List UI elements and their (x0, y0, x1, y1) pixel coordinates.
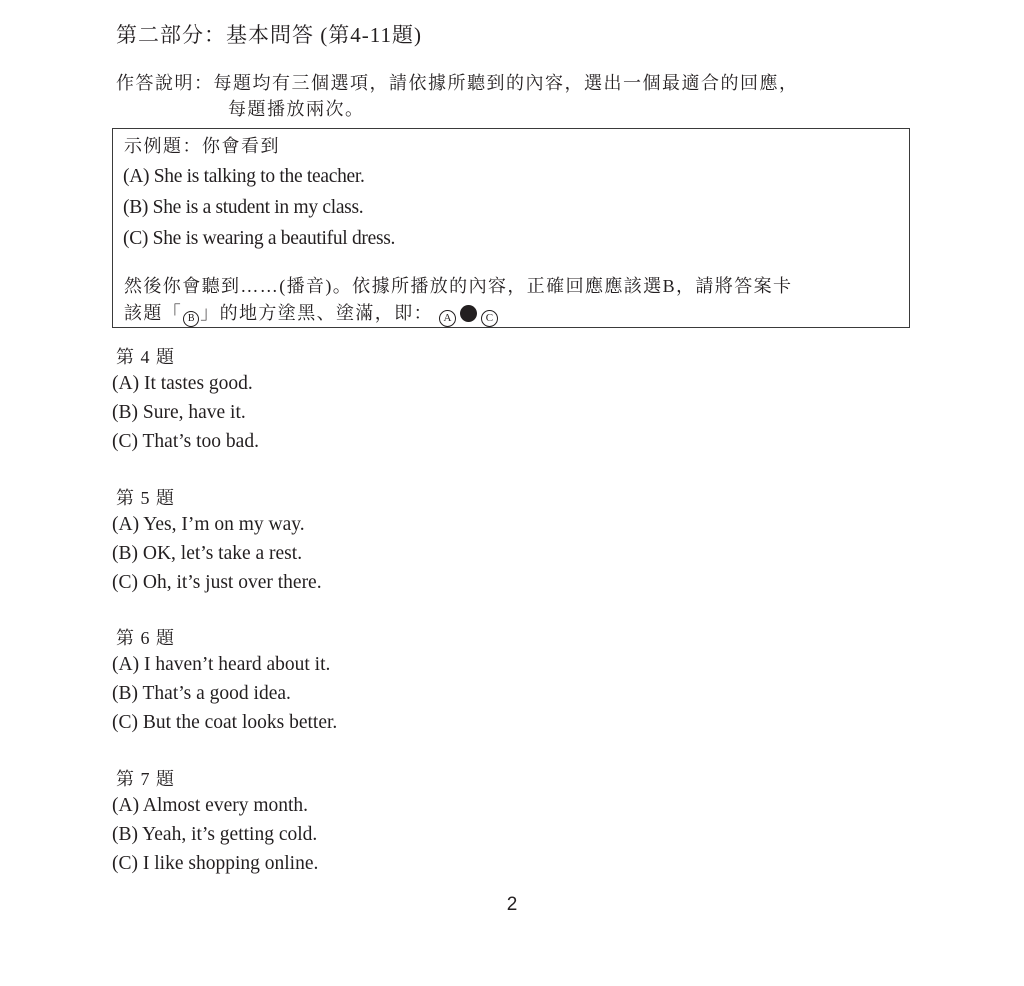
page-number: 2 (0, 893, 1024, 917)
question-option-a: (A) Almost every month. (112, 791, 318, 820)
answer-bubble-a-icon: A (439, 310, 456, 327)
example-option-c: (C) She is wearing a beautiful dress. (123, 227, 395, 251)
example-note-line-2: 該題「B」的地方塗黑、塗滿，即： AC (124, 300, 502, 327)
question-option-a: (A) It tastes good. (112, 369, 259, 398)
question-option-b: (B) Sure, have it. (112, 398, 259, 427)
question-4: 第 4 題 (A) It tastes good. (B) Sure, have… (112, 345, 259, 456)
question-option-a: (A) Yes, I’m on my way. (112, 510, 322, 539)
instructions-label: 作答說明： (116, 70, 214, 96)
example-option-a: (A) She is talking to the teacher. (123, 165, 365, 189)
instructions-line-2: 每題播放兩次。 (116, 96, 799, 122)
question-option-c: (C) That’s too bad. (112, 427, 259, 456)
answer-bubble-filled-icon (460, 305, 477, 322)
question-option-a: (A) I haven’t heard about it. (112, 650, 337, 679)
instructions-text-1: 每題均有三個選項，請依據所聽到的內容，選出一個最適合的回應， (214, 73, 799, 93)
question-option-c: (C) But the coat looks better. (112, 708, 337, 737)
question-option-b: (B) Yeah, it’s getting cold. (112, 820, 318, 849)
example-option-b: (B) She is a student in my class. (123, 196, 363, 220)
question-heading: 第 4 題 (112, 345, 259, 369)
question-heading: 第 7 題 (112, 767, 318, 791)
question-option-b: (B) OK, let’s take a rest. (112, 539, 322, 568)
question-option-b: (B) That’s a good idea. (112, 679, 337, 708)
question-heading: 第 6 題 (112, 626, 337, 650)
question-7: 第 7 題 (A) Almost every month. (B) Yeah, … (112, 767, 318, 878)
question-option-c: (C) Oh, it’s just over there. (112, 568, 322, 597)
example-heading: 示例題：你會看到 (124, 134, 280, 158)
instructions: 作答說明：每題均有三個選項，請依據所聽到的內容，選出一個最適合的回應， 每題播放… (116, 70, 799, 122)
exam-page: 第二部分：基本問答 (第4-11題) 作答說明：每題均有三個選項，請依據所聽到的… (0, 0, 1024, 986)
instructions-line-1: 作答說明：每題均有三個選項，請依據所聽到的內容，選出一個最適合的回應， (116, 70, 799, 96)
example-box: 示例題：你會看到 (A) She is talking to the teach… (112, 128, 910, 328)
question-5: 第 5 題 (A) Yes, I’m on my way. (B) OK, le… (112, 486, 322, 597)
example-note-pre: 該題「 (124, 303, 182, 323)
bubble-b-icon: B (183, 311, 199, 327)
section-title: 第二部分：基本問答 (第4-11題) (116, 21, 422, 49)
question-6: 第 6 題 (A) I haven’t heard about it. (B) … (112, 626, 337, 737)
answer-bubble-c-icon: C (481, 310, 498, 327)
question-heading: 第 5 題 (112, 486, 322, 510)
example-note-mid: 」的地方塗黑、塗滿，即： (200, 303, 433, 323)
question-option-c: (C) I like shopping online. (112, 849, 318, 878)
example-note-line-1: 然後你會聽到……(播音)。依據所播放的內容，正確回應應該選B，請將答案卡 (124, 273, 792, 299)
